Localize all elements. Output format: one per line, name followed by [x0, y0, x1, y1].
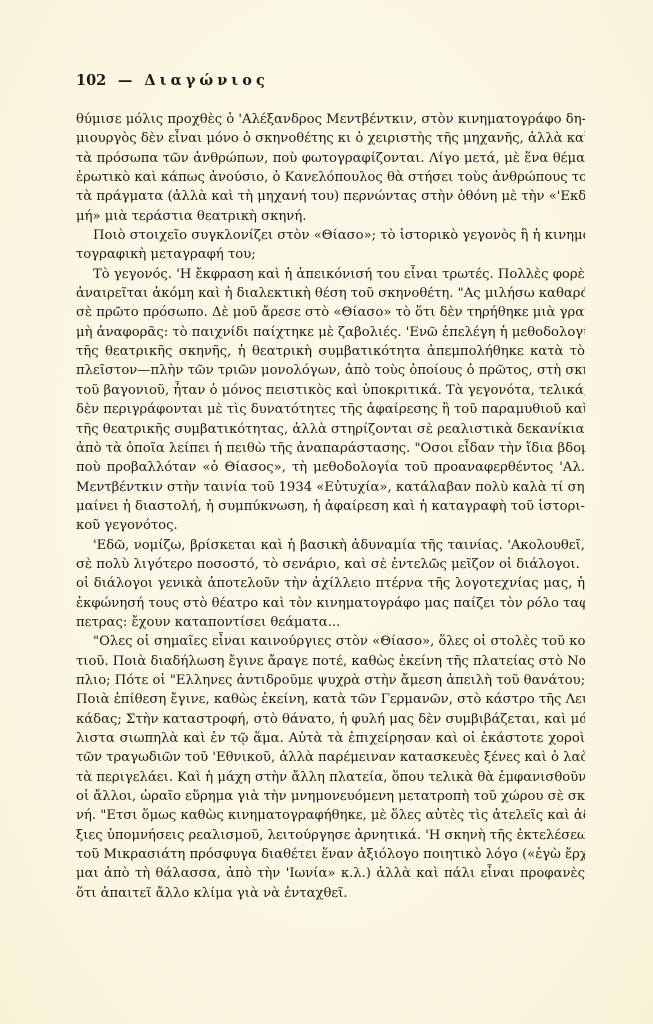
text-line: τοῦ βαγονιοῦ, ἦταν ὁ μόνος πειστικὸς καὶ… [76, 381, 585, 400]
text-line: οἱ ἄλλοι, ὡραῖο εὕρημα γιὰ τὴν μνημονευό… [76, 787, 585, 806]
text-line: πλιο; Πότε οἱ "Ελληνες ἀντιδροῦμε ψυχρὰ … [76, 671, 585, 690]
text-line: δὲν περιγράφονται μὲ τὶς δυνατότητες τῆς… [76, 400, 585, 419]
paragraph-first-line: Τὸ γεγονός. 'Η ἔκφραση καὶ ἡ ἀπεικόνισή … [76, 265, 585, 284]
text-line: οἱ διάλογοι γενικὰ ἀποτελοῦν τὴν ἀχίλλει… [76, 574, 585, 593]
text-line: τὰ περιγελάει. Καὶ ἡ μάχη στὴν ἄλλη πλατ… [76, 768, 585, 787]
text-line: κοῦ γεγονότος. [76, 516, 585, 535]
text-line: θύμισε μόλις προχθὲς ὁ 'Αλέξανδρος Μεντβ… [76, 110, 585, 129]
book-page: 102 — Διαγώνιος θύμισε μόλις προχθὲς ὁ '… [0, 0, 653, 1024]
running-head: 102 — Διαγώνιος [76, 72, 269, 89]
header-dash: — [118, 72, 133, 89]
page-number: 102 [76, 72, 106, 89]
text-line: τῶν τραγωδιῶν τοῦ 'Εθνικοῦ, ἀλλὰ παρέμει… [76, 748, 585, 767]
text-line: τιοῦ. Ποιὰ διαδήλωση ἔγινε ἄραγε ποτέ, κ… [76, 652, 585, 671]
text-line: λιστα σιωπηλὰ καὶ ἐν τῷ ἅμα. Αὐτὰ τὰ ἐπι… [76, 729, 585, 748]
paragraph-first-line: Ποιὸ στοιχεῖο συγκλονίζει στὸν «Θίασο»; … [76, 226, 585, 245]
text-line: μαι ἀπὸ τὴ θάλασσα, ἀπὸ τὴν 'Ιωνία» κ.λ.… [76, 864, 585, 883]
text-line: τῆς θεατρικῆς συμβατικότητας, ἀλλὰ στηρί… [76, 420, 585, 439]
text-line: τὰ πρόσωπα τῶν ἀνθρώπων, ποὺ φωτογραφίζο… [76, 149, 585, 168]
text-line: ποὺ προβαλλόταν «ὁ Θίασος», τὴ μεθοδολογ… [76, 458, 585, 477]
text-line: ὅτι ἀπαιτεῖ ἄλλο κλίμα γιὰ νὰ ἐνταχθεῖ. [76, 884, 585, 903]
paragraph-first-line: 'Εδῶ, νομίζω, βρίσκεται καὶ ἡ βασικὴ ἀδυ… [76, 536, 585, 555]
text-line: μὴ ἀναφορᾶς: τὸ παιχνίδι παίχτηκε μὲ ζαβ… [76, 323, 585, 342]
text-line: Ποιὰ ἐπίθεση ἔγινε, καθὼς ἐκείνη, κατὰ τ… [76, 690, 585, 709]
text-line: ἀπὸ τὰ ὁποῖα λείπει ἡ πειθὼ τῆς ἀναπαράσ… [76, 439, 585, 458]
text-line: σὲ πρῶτο πρόσωπο. Δὲ μοῦ ἄρεσε στὸ «Θίασ… [76, 303, 585, 322]
text-line: ἐρωτικὸ καὶ κάπως ἀνούσιο, ὁ Κανελόπουλο… [76, 168, 585, 187]
text-line: πλεῖστον—πλὴν τῶν τριῶν μονολόγων, ἀπὸ τ… [76, 361, 585, 380]
text-line: σὲ πολὺ λιγότερο ποσοστό, τὸ σενάριο, κα… [76, 555, 585, 574]
text-line: τῆς θεατρικῆς σκηνῆς, ἡ θεατρικὴ συμβατι… [76, 342, 585, 361]
text-line: μαίνει ἡ διαστολή, ἡ συμπύκνωση, ἡ ἀφαίρ… [76, 497, 585, 516]
text-line: ἀναιρεῖται ἀκόμη καὶ ἡ διαλεκτικὴ θέση τ… [76, 284, 585, 303]
section-title: Διαγώνιος [144, 72, 268, 89]
body-text: θύμισε μόλις προχθὲς ὁ 'Αλέξανδρος Μεντβ… [76, 110, 585, 903]
text-line: Μεντβέντκιν στὴν ταινία τοῦ 1934 «Εὐτυχί… [76, 478, 585, 497]
text-line: ἐκφώνησή τους στὸ θέατρο καὶ τὸν κινηματ… [76, 594, 585, 613]
text-line: ξιες ὑπομνήσεις ρεαλισμοῦ, λειτούργησε ἀ… [76, 826, 585, 845]
text-line: νή. "Ετσι ὅμως καθὼς κινηματογραφήθηκε, … [76, 806, 585, 825]
text-line: κάδας; Στὴν καταστροφή, στὸ θάνατο, ἡ φυ… [76, 710, 585, 729]
paragraph-first-line: "Ολες οἱ σημαῖες εἶναι καινούργιες στὸν … [76, 632, 585, 651]
text-line: μιουργὸς δὲν εἶναι μόνο ὁ σκηνοθέτης κι … [76, 129, 585, 148]
text-line: τογραφικὴ μεταγραφή του; [76, 245, 585, 264]
text-line: τὰ πράγματα (ἀλλὰ καὶ τὴ μηχανή του) περ… [76, 187, 585, 206]
text-line: τοῦ Μικρασιάτη πρόσφυγα διαθέτει ἕναν ἀξ… [76, 845, 585, 864]
text-line: πετρας: ἔχουν καταποντίσει θεάματα... [76, 613, 585, 632]
text-line: μή» μιὰ τεράστια θεατρικὴ σκηνή. [76, 207, 585, 226]
